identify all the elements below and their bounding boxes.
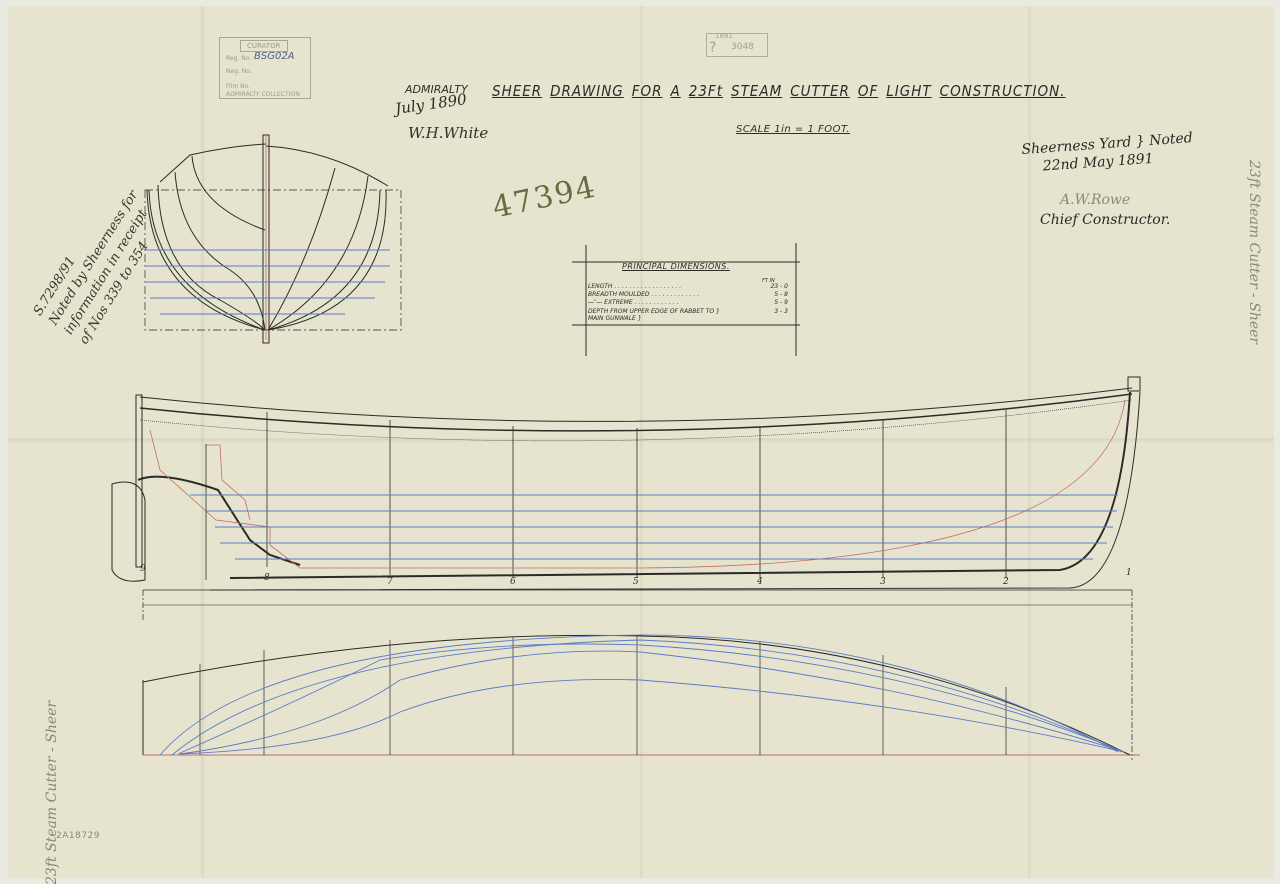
title-word: A <box>671 82 681 100</box>
title-word: DRAWING <box>550 82 624 100</box>
half-breadth-plan <box>143 635 1140 755</box>
stamp2-number: 3048 <box>731 42 754 52</box>
svg-text:6: 6 <box>510 577 516 587</box>
svg-text:8: 8 <box>264 573 270 583</box>
left-margin-title: 23ft Steam Cutter - Sheer <box>44 701 60 884</box>
stamp-line: Film No. <box>226 83 250 90</box>
title-word: CONSTRUCTION. <box>940 82 1066 100</box>
drawing-scale: SCALE 1in = 1 FOOT. <box>736 124 850 135</box>
dimension-label: LENGTH . . . . . . . . . . . . . . . . .… <box>588 283 681 290</box>
stamp2-year: 1891 <box>715 32 733 40</box>
svg-text:2: 2 <box>1002 577 1009 587</box>
dimension-label: BREADTH MOULDED . . . . . . . . . . . . … <box>588 291 699 298</box>
title-word: OF <box>858 82 878 100</box>
sheer-drawing: 9 8 7 6 5 4 3 2 1 <box>0 0 1280 884</box>
dimension-row: MAIN GUNWALE } <box>588 315 788 322</box>
dimension-label: —″— EXTREME . . . . . . . . . . . . <box>588 299 678 306</box>
svg-text:5: 5 <box>633 577 639 587</box>
signature-title: Chief Constructor. <box>1040 212 1170 228</box>
sheer-plan <box>112 377 1140 760</box>
dimension-value: 5 - 9 <box>774 299 788 306</box>
svg-text:1: 1 <box>1126 568 1132 578</box>
title-word: SHEER <box>492 82 542 100</box>
dimension-row: BREADTH MOULDED . . . . . . . . . . . . … <box>588 291 788 298</box>
approval-signature: W.H.White <box>408 124 488 142</box>
dimensions-heading: PRINCIPAL DIMENSIONS. <box>622 262 730 271</box>
reference-number: 2A18729 <box>56 831 100 841</box>
dimension-value: 5 - 8 <box>774 291 788 298</box>
stamp2-mark: ? <box>709 40 716 56</box>
title-word: 23Ft <box>689 82 723 100</box>
dimension-label: MAIN GUNWALE } <box>588 315 642 322</box>
dimension-value: 3 - 3 <box>774 308 788 315</box>
svg-text:4: 4 <box>756 577 763 587</box>
stamp-line: ADMIRALTY COLLECTION <box>226 91 300 98</box>
signature: A.W.Rowe <box>1040 190 1170 210</box>
title-word: STEAM <box>731 82 782 100</box>
chief-constructor-signature: A.W.Rowe Chief Constructor. <box>1040 190 1170 230</box>
dimension-row: —″— EXTREME . . . . . . . . . . . .5 - 9 <box>588 299 788 306</box>
stamp-reg-value: BSG02A <box>254 51 295 62</box>
title-word: LIGHT <box>886 82 931 100</box>
title-word: CUTTER <box>790 82 850 100</box>
svg-text:9: 9 <box>140 564 146 574</box>
station-numbers: 9 8 7 6 5 4 3 2 1 <box>140 564 1132 587</box>
stamp-line: Neg. No. <box>226 68 252 75</box>
stamp-reg-label: Reg. No. <box>226 55 251 62</box>
title-word: FOR <box>632 82 663 100</box>
dimension-row: DEPTH FROM UPPER EDGE OF RABBET TO }3 - … <box>588 308 788 315</box>
curator-stamp: CURATOR Reg. No. BSG02A Neg. No. Film No… <box>219 37 311 99</box>
registry-stamp: 1891 ? 3048 <box>706 33 768 57</box>
drawing-title: SHEERDRAWINGFORA23FtSTEAMCUTTEROFLIGHTCO… <box>492 82 1074 100</box>
dimension-label: DEPTH FROM UPPER EDGE OF RABBET TO } <box>588 308 720 315</box>
dimension-row: LENGTH . . . . . . . . . . . . . . . . .… <box>588 283 788 290</box>
dimension-value: 23 - 0 <box>771 283 788 290</box>
right-margin-title: 23ft Steam Cutter - Sheer <box>1246 160 1262 344</box>
svg-text:3: 3 <box>880 577 886 587</box>
svg-text:7: 7 <box>387 577 393 587</box>
